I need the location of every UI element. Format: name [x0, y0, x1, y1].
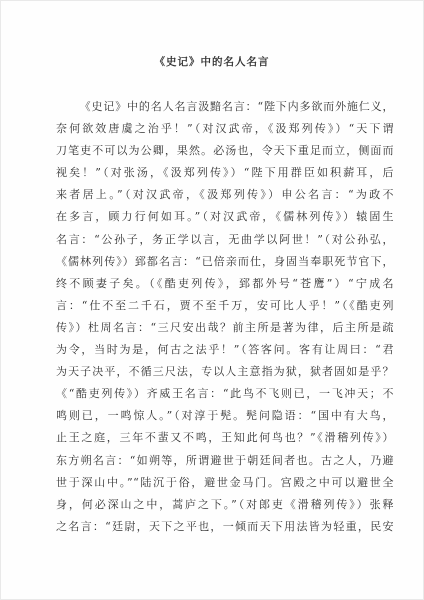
body-line: 《儒林列传》）郅都名言：“已倍亲而仕，身固当奉职死节官下， — [56, 251, 394, 273]
body-line: 《史记》中的名人名言汲黯名言：“陛下内多欲而外施仁义， — [56, 96, 394, 118]
document-page: 《史记》中的名人名言 《史记》中的名人名言汲黯名言：“陛下内多欲而外施仁义， 奈… — [0, 0, 424, 600]
body-line: 视矣！”（对张汤，《汲郑列传》）“陛下用群臣如积薪耳，后 — [56, 162, 394, 184]
body-line: 为天子决平，不循三尺法，专以人主意指为狱，狱者固如是乎？ — [56, 361, 394, 383]
document-title: 《史记》中的名人名言 — [0, 0, 424, 69]
body-line: 名言：“公孙子，务正学以言，无曲学以阿世！”（对公孙弘， — [56, 229, 394, 251]
body-line: 为令，当时为是，何古之法乎！”（答客问。客有让周曰：“君 — [56, 339, 394, 361]
body-line: 刀笔吏不可以为公卿，果然。必汤也，令天下重足而立，侧面而 — [56, 140, 394, 162]
body-line: 鸣则已，一鸣惊人。”（对淳于髡。髡问隐语：“国中有大鸟， — [56, 405, 394, 427]
body-line: 《“酷吏列传》）齐威王名言：“此鸟不飞则已，一飞冲天；不 — [56, 383, 394, 405]
body-line: 止王之庭，三年不蜚又不鸣，王知此何鸟也？”《滑稽列传》） — [56, 427, 394, 449]
body-line: 世于深山中。”“陆沉于俗，避世金马门。宫殿之中可以避世全 — [56, 472, 394, 494]
body-line: 奈何欲效唐虞之治乎！”（对汉武帝，《汲郑列传》）“天下谓 — [56, 118, 394, 140]
body-line: 来者居上。”（对汉武帝，《汲郑列传》）申公名言：“为政不 — [56, 184, 394, 206]
body-line: 终不顾妻子矣。（《酷吏列传》，郅都外号“苍鹰”）“宁成名 — [56, 273, 394, 295]
body-line: 言：“仕不至二千石，贾不至千万，安可比人乎！”（《酷吏列 — [56, 295, 394, 317]
body-line: 在多言，顾力行何如耳。”（对汉武帝，《儒林列传》）辕固生 — [56, 206, 394, 228]
body-line: 身，何必深山之中，蒿庐之下。”（对郎吏《滑稽列传》）张释 — [56, 494, 394, 516]
document-body: 《史记》中的名人名言汲黯名言：“陛下内多欲而外施仁义， 奈何欲效唐虞之治乎！”（… — [56, 96, 394, 538]
body-line: 之名言：“廷尉，天下之平也，一倾而天下用法皆为轻重，民安 — [56, 516, 394, 538]
body-line: 东方朔名言：“如朔等，所谓避世于朝廷间者也。古之人，乃避 — [56, 450, 394, 472]
body-line: 传》）杜周名言：“三尺安出哉？前主所是著为律，后主所是疏 — [56, 317, 394, 339]
